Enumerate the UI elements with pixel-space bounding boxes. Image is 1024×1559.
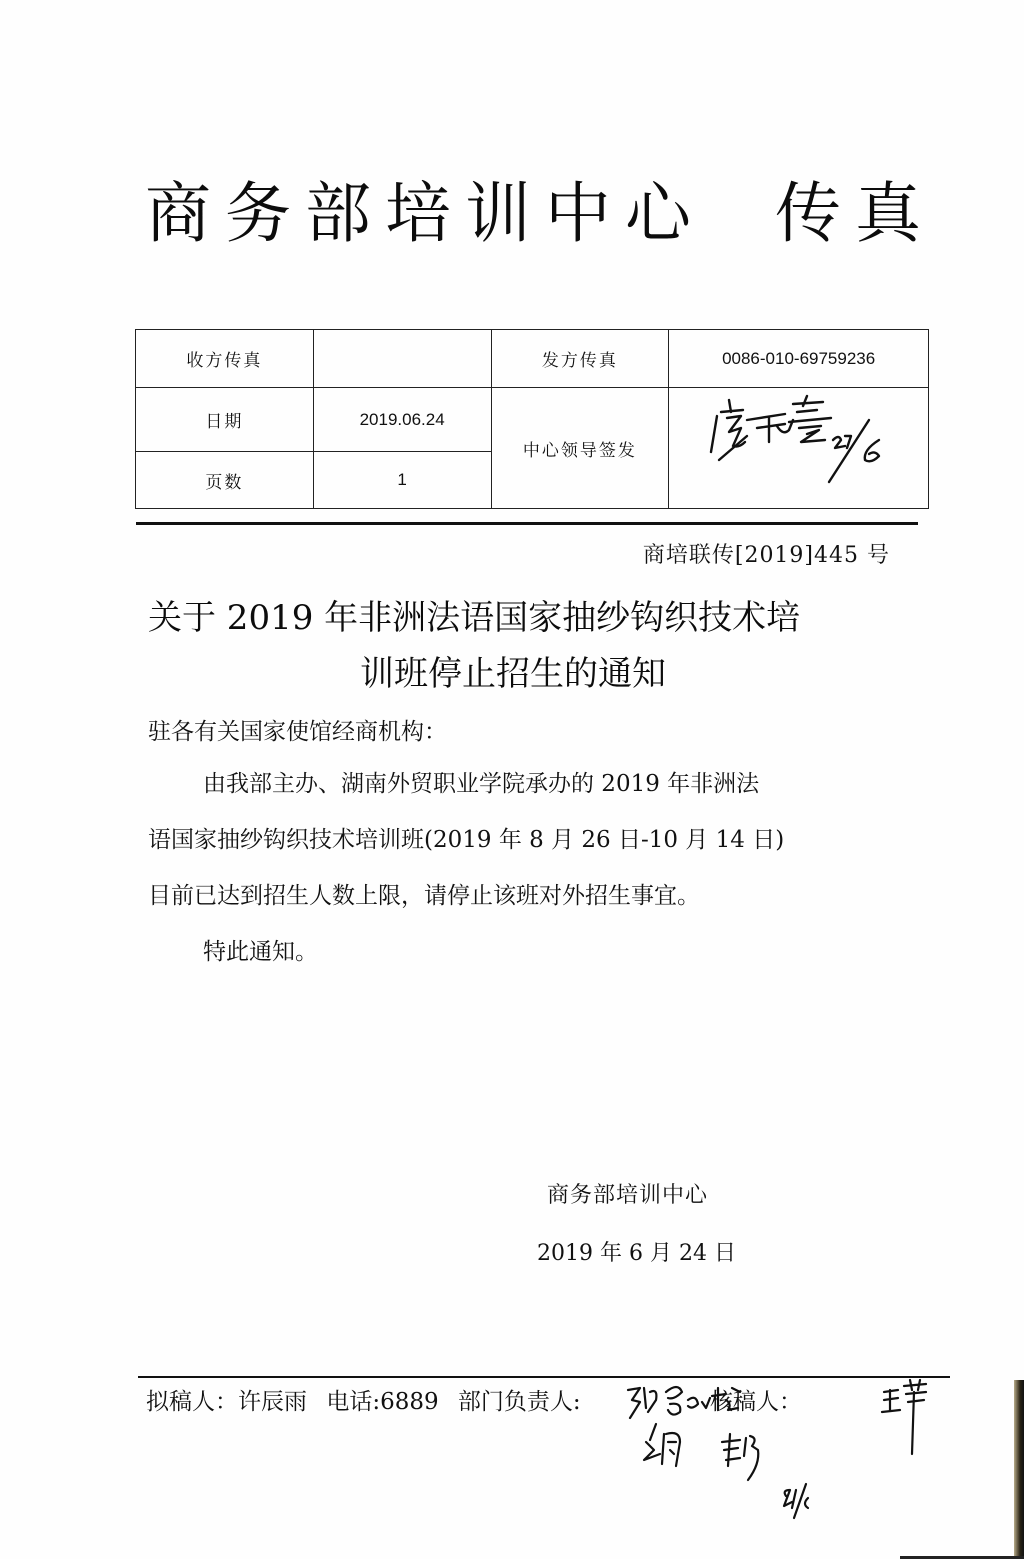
issue-date: 2019 年 6 月 24 日 [537,1236,736,1267]
fax-header-title: 商务部培训中心传真 [145,160,935,255]
receiver-fax-value [313,330,491,388]
title-line-2: 训班停止招生的通知 [148,646,868,702]
header-divider [136,522,918,525]
dept-head-label: 部门负责人: [458,1389,581,1415]
body-paragraph-line: 目前已达到招生人数上限，请停止该班对外招生事宜。 [148,876,868,932]
drafter-label: 拟稿人： [146,1389,238,1415]
date-value: 2019.06.24 [313,388,491,452]
handwritten-signature-icon [689,390,909,505]
issuer-name: 商务部培训中心 [547,1178,736,1236]
pages-value: 1 [313,452,491,509]
org-name: 商务部培训中心 [145,175,705,252]
title-line-1: 关于 2019 年非洲法语国家抽纱钩织技术培 [148,590,868,646]
handwritten-reviewer-signature-icon [880,1378,940,1458]
fax-document-page: 商务部培训中心传真 收方传真 发方传真 0086-010-69759236 日期… [0,0,1024,1559]
approval-label: 中心领导签发 [491,388,669,509]
footer-divider [138,1376,950,1378]
document-title: 关于 2019 年非洲法语国家抽纱钩织技术培 训班停止招生的通知 [148,590,868,702]
document-body: 驻各有关国家使馆经商机构： 由我部主办、湖南外贸职业学院承办的 2019 年非洲… [148,712,868,988]
body-paragraph-line: 语国家抽纱钩织技术培训班(2019 年 8 月 26 日-10 月 14 日) [148,820,868,876]
sender-fax-value: 0086-010-69759236 [669,330,929,388]
fax-info-table: 收方传真 发方传真 0086-010-69759236 日期 2019.06.2… [135,329,929,509]
closing-line: 特此通知。 [148,932,868,988]
receiver-fax-label: 收方传真 [136,330,314,388]
handwritten-annotation-icon [640,1420,830,1520]
pages-label: 页数 [136,452,314,509]
table-row: 收方传真 发方传真 0086-010-69759236 [136,330,929,388]
date-label: 日期 [136,388,314,452]
phone-label: 电话: [326,1389,380,1415]
table-row: 日期 2019.06.24 中心领导签发 [136,388,929,452]
reference-number: 商培联传[2019]445 号 [643,538,890,569]
phone-value: 6889 [380,1389,439,1415]
drafter-name: 许辰雨 [238,1389,307,1415]
salutation: 驻各有关国家使馆经商机构： [148,712,868,764]
approval-signature-cell [669,388,929,509]
scan-edge-shadow [1014,1380,1024,1559]
sender-fax-label: 发方传真 [491,330,669,388]
doc-type: 传真 [775,175,935,252]
signoff-block: 商务部培训中心 2019 年 6 月 24 日 [537,1178,736,1267]
body-paragraph-line: 由我部主办、湖南外贸职业学院承办的 2019 年非洲法 [148,764,868,820]
